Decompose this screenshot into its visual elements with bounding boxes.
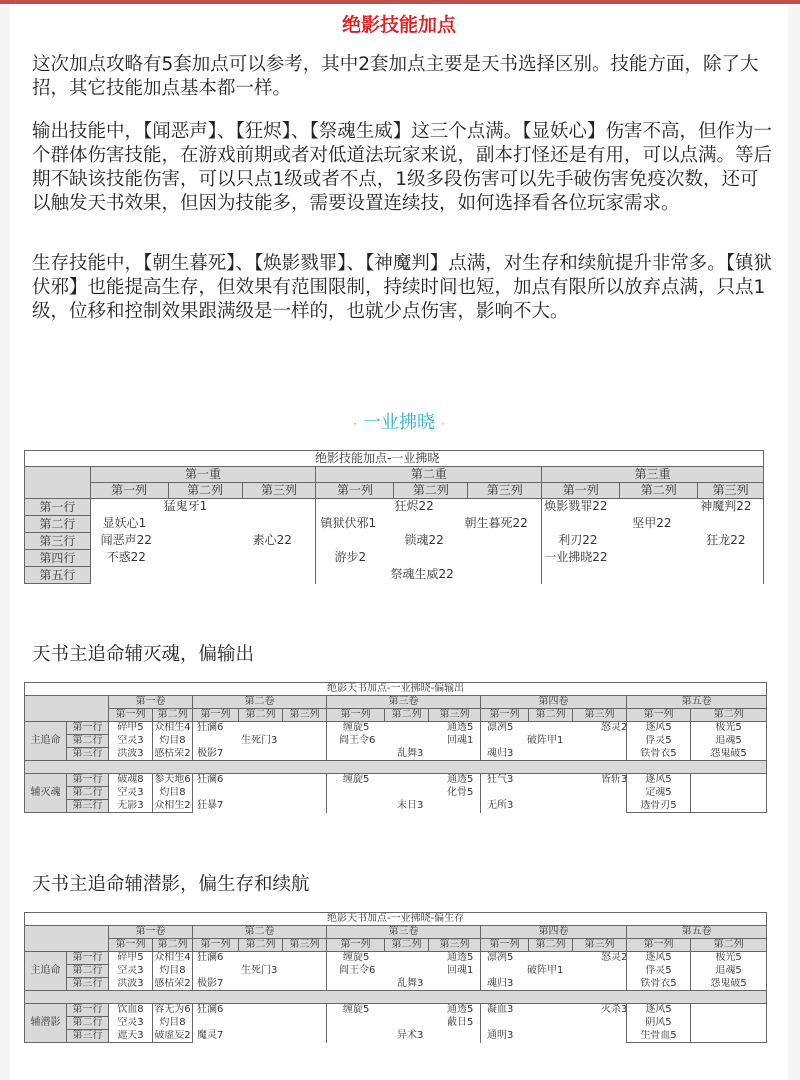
volume-header: 第四卷 [481,696,627,709]
entry: 透骨刃5 [627,800,691,813]
volume-header: 第二卷 [193,696,327,709]
entry: 破虚妄2 [153,1030,193,1043]
volume-2-aux: 狂澜6 狂暴7 [193,774,327,813]
entry: 怒灵2 [601,722,627,734]
column-header: 第一列 [193,939,239,952]
volume-4-main: 凛冽5 怒灵2 破阵甲1 魂归3 [481,722,627,761]
entry: 化骨5 [447,787,473,799]
entry: 通透5 [447,952,473,964]
main-label: 主追命 [25,722,67,761]
row-header: 第二行 [67,1017,109,1030]
entry: 狂气3 [487,774,513,786]
entry: 逐风5 [627,722,691,735]
entry: 逐风5 [627,952,691,965]
entry: 回魂1 [447,965,473,977]
row-header: 第五行 [25,567,91,584]
entry: 狂澜6 [197,1004,223,1016]
volume-header: 第二卷 [193,926,327,939]
skill-entry: 焕影戮罪22 [544,499,607,514]
skill-point-table: 绝影技能加点-一业拂晓 第一重 第二重 第三重 第一列 第二列 第三列 第一列 … [24,450,764,584]
entry: 魂归3 [487,748,513,760]
skill-entry: 素心22 [253,533,292,548]
column-header: 第三列 [698,483,764,499]
volume-4-main: 凛冽5 怒灵2 破阵甲1 魂归3 [481,952,627,991]
entry: 感枯荣2 [153,748,193,761]
entry: 极光5 [691,952,767,965]
row-header: 第三行 [67,1030,109,1043]
row-header: 第二行 [67,965,109,978]
entry: 众相生4 [153,952,193,965]
tianshu-table-caption: 绝影天书加点-一业拂晓-偏生存 [25,913,767,926]
column-header: 第二列 [168,483,242,499]
entry: 生骨血5 [627,1030,691,1043]
skill-entry: 锁魂22 [404,533,443,548]
entry: 异术3 [397,1030,423,1042]
entry: 怨鬼破5 [691,748,767,761]
entry: 凝血3 [487,1004,513,1016]
column-header: 第一列 [481,939,529,952]
entry: 缠旋5 [343,1004,369,1016]
column-header: 第二列 [691,939,767,952]
entry: 灼目8 [153,735,193,748]
column-header: 第三列 [429,939,481,952]
column-header: 第三列 [573,939,627,952]
row-header: 第一行 [67,722,109,735]
column-header: 第一列 [481,709,529,722]
entry: 铁骨衣5 [627,748,691,761]
column-header: 第一列 [627,709,691,722]
entry: 通透5 [447,774,473,786]
entry: 追魂5 [691,735,767,748]
group-header: 第一重 [90,467,316,483]
column-header: 第三列 [242,483,316,499]
entry: 容无为6 [153,1004,193,1017]
section-title-text: 一业拂晓 [363,412,435,433]
row-header: 第一行 [67,952,109,965]
column-header: 第三列 [468,483,542,499]
entry: 阴风5 [627,1017,691,1030]
volume-3-aux: 缠旋5 通透5 化骨5 末日3 [327,774,481,813]
tianshu-table-survival: 绝影天书加点-一业拂晓-偏生存 第一卷 第二卷 第三卷 第四卷 第五卷 第一列 … [24,912,767,1043]
skill-entry: 利刃22 [558,533,597,548]
corner-cell [25,467,91,499]
entry: 通透5 [447,1004,473,1016]
column-header: 第三列 [283,939,327,952]
entry: 生死门3 [241,735,277,747]
column-header: 第二列 [620,483,698,499]
column-header: 第二列 [153,709,193,722]
column-header: 第一列 [109,709,153,722]
entry: 狂澜6 [197,774,223,786]
entry: 狂暴7 [197,800,223,812]
main-label: 主追命 [25,952,67,991]
aux-label: 辅潜影 [25,1004,67,1043]
entry: 众相生4 [153,722,193,735]
entry: 凛冽5 [487,952,513,964]
column-header: 第一列 [327,939,385,952]
entry: 灼目8 [153,1017,193,1030]
volume-header: 第一卷 [109,926,193,939]
entry [691,1017,767,1030]
tianshu-table-output: 绝影天书加点-一业拂晓-偏输出 第一卷 第二卷 第三卷 第四卷 第五卷 第一列 … [24,682,767,813]
entry: 缠旋5 [343,722,369,734]
column-header: 第二列 [385,709,429,722]
output-skills-paragraph: 输出技能中，【闻恶声】、【狂烬】、【祭魂生威】这三个点满。【显妖心】伤害不高，但… [32,120,772,216]
entry: 通明3 [487,1030,513,1042]
entry: 怒灵2 [601,952,627,964]
row-header: 第四行 [25,550,91,567]
group-1-body: 猛鬼牙1 显妖心1 闻恶声22 素心22 不惑22 [90,499,316,584]
skill-entry: 祭魂生威22 [390,567,453,582]
volume-4-aux: 狂气3 皆斩3 无所3 [481,774,627,813]
entry: 破阵甲1 [527,735,563,747]
survival-skills-paragraph: 生存技能中，【朝生暮死】、【焕影戮罪】、【神魔判】点满，对生存和续航提升非常多。… [32,252,772,324]
entry: 碎甲5 [109,722,153,735]
entry: 灼目8 [153,787,193,800]
article-title: 绝影技能加点 [10,10,788,37]
entry: 铁骨衣5 [627,978,691,991]
skill-entry: 闻恶声22 [101,533,152,548]
column-header: 第二列 [394,483,468,499]
entry: 灭杀3 [601,1004,627,1016]
entry: 魂归3 [487,978,513,990]
entry [691,1004,767,1017]
row-header: 第三行 [67,800,109,813]
row-header: 第三行 [25,533,91,550]
entry: 狂澜6 [197,952,223,964]
row-header: 第三行 [67,978,109,991]
volume-3-aux: 缠旋5 通透5 蔽日5 异术3 [327,1004,481,1043]
skill-entry: 猛鬼牙1 [164,499,208,514]
entry: 缠旋5 [343,774,369,786]
column-header: 第三列 [573,709,627,722]
entry: 皆斩3 [601,774,627,786]
volume-header: 第三卷 [327,696,481,709]
entry: 通透5 [447,722,473,734]
entry: 极影7 [197,978,223,990]
column-header: 第三列 [429,709,481,722]
entry: 破魂8 [109,774,153,787]
entry: 无影3 [109,800,153,813]
column-header: 第三列 [283,709,327,722]
entry: 极影7 [197,748,223,760]
column-header: 第二列 [529,709,573,722]
tianshu-heading-survival: 天书主追命辅潜影，偏生存和续航 [32,870,310,896]
entry: 无所3 [487,800,513,812]
group-header: 第三重 [542,467,764,483]
entry: 乱舞3 [397,978,423,990]
skill-entry: 坚甲22 [632,516,671,531]
volume-3-main: 缠旋5 通透5 阎王令6 回魂1 乱舞3 [327,952,481,991]
entry: 生死门3 [241,965,277,977]
entry: 空灵3 [109,965,153,978]
row-header: 第三行 [67,748,109,761]
skill-entry: 镇狱伏邪1 [320,516,376,531]
skill-entry: 狂烬22 [394,499,433,514]
entry: 俘灵5 [627,735,691,748]
intro-paragraph: 这次加点攻略有5套加点可以参考，其中2套加点主要是天书选择区别。技能方面，除了大… [32,53,772,101]
entry: 回魂1 [447,735,473,747]
volume-4-aux: 凝血3 灭杀3 通明3 [481,1004,627,1043]
column-header: 第二列 [239,939,283,952]
entry: 逐风5 [627,774,691,787]
skill-entry: 朝生暮死22 [464,516,527,531]
column-header: 第一列 [327,709,385,722]
entry: 破阵甲1 [527,965,563,977]
corner-cell [25,696,109,722]
volume-2-aux: 狂澜6 魔灵7 [193,1004,327,1043]
column-header: 第二列 [529,939,573,952]
entry: 洪波3 [109,978,153,991]
entry: 感枯荣2 [153,978,193,991]
volume-3-main: 缠旋5 通透5 阎王令6 回魂1 乱舞3 [327,722,481,761]
separator-row [25,761,767,774]
entry: 洪波3 [109,748,153,761]
entry: 碎甲5 [109,952,153,965]
entry: 逐风5 [627,1004,691,1017]
entry: 众相生2 [153,800,193,813]
entry: 极光5 [691,722,767,735]
group-3-body: 焕影戮罪22 神魔判22 坚甲22 利刃22 狂龙22 一业拂晓22 [542,499,764,584]
row-header: 第一行 [67,1004,109,1017]
entry: 蔽日5 [447,1017,473,1029]
volume-header: 第五卷 [627,696,767,709]
volume-header: 第五卷 [627,926,767,939]
entry [691,787,767,800]
row-header: 第二行 [67,787,109,800]
entry [691,800,767,813]
entry: 空灵3 [109,787,153,800]
column-header: 第一列 [316,483,394,499]
column-header: 第二列 [385,939,429,952]
section-title: ·一业拂晓· [10,408,788,434]
entry: 缠旋5 [343,952,369,964]
column-header: 第一列 [627,939,691,952]
entry: 空灵3 [109,735,153,748]
entry: 空灵3 [109,1017,153,1030]
volume-header: 第三卷 [327,926,481,939]
column-header: 第一列 [193,709,239,722]
skill-table-caption: 绝影技能加点-一业拂晓 [25,451,764,467]
tianshu-table-caption: 绝影天书加点-一业拂晓-偏输出 [25,683,767,696]
entry: 阎王令6 [339,965,375,977]
entry [691,774,767,787]
group-2-body: 狂烬22 镇狱伏邪1 朝生暮死22 锁魂22 游步2 祭魂生威22 [316,499,542,584]
column-header: 第二列 [239,709,283,722]
volume-2-main: 狂澜6 生死门3 极影7 [193,722,327,761]
corner-cell [25,926,109,952]
entry: 狂澜6 [197,722,223,734]
row-header: 第二行 [67,735,109,748]
volume-2-main: 狂澜6 生死门3 极影7 [193,952,327,991]
entry: 凛冽5 [487,722,513,734]
row-header: 第一行 [67,774,109,787]
column-header: 第一列 [109,939,153,952]
entry: 怨鬼破5 [691,978,767,991]
entry: 灼目8 [153,965,193,978]
separator-row [25,991,767,1004]
skill-entry: 一业拂晓22 [544,550,607,565]
entry: 阎王令6 [339,735,375,747]
column-header: 第一列 [542,483,620,499]
aux-label: 辅灭魂 [25,774,67,813]
volume-header: 第一卷 [109,696,193,709]
skill-entry: 游步2 [334,550,366,565]
entry: 魔灵7 [197,1030,223,1042]
column-header: 第二列 [153,939,193,952]
entry: 遮天3 [109,1030,153,1043]
skill-entry: 显妖心1 [103,516,147,531]
column-header: 第一列 [90,483,168,499]
entry: 乱舞3 [397,748,423,760]
row-header: 第一行 [25,499,91,516]
dot-right: · [435,417,451,431]
skill-entry: 神魔判22 [700,499,751,514]
entry: 俘灵5 [627,965,691,978]
dot-left: · [347,417,363,431]
entry: 定魂5 [627,787,691,800]
volume-header: 第四卷 [481,926,627,939]
entry: 饮血8 [109,1004,153,1017]
row-header: 第二行 [25,516,91,533]
entry: 末日3 [397,800,423,812]
group-header: 第二重 [316,467,542,483]
tianshu-heading-output: 天书主追命辅灭魂，偏输出 [32,640,254,666]
entry [691,1030,767,1043]
entry: 追魂5 [691,965,767,978]
column-header: 第二列 [691,709,767,722]
entry: 参天地6 [153,774,193,787]
skill-entry: 狂龙22 [706,533,745,548]
skill-entry: 不惑22 [107,550,146,565]
